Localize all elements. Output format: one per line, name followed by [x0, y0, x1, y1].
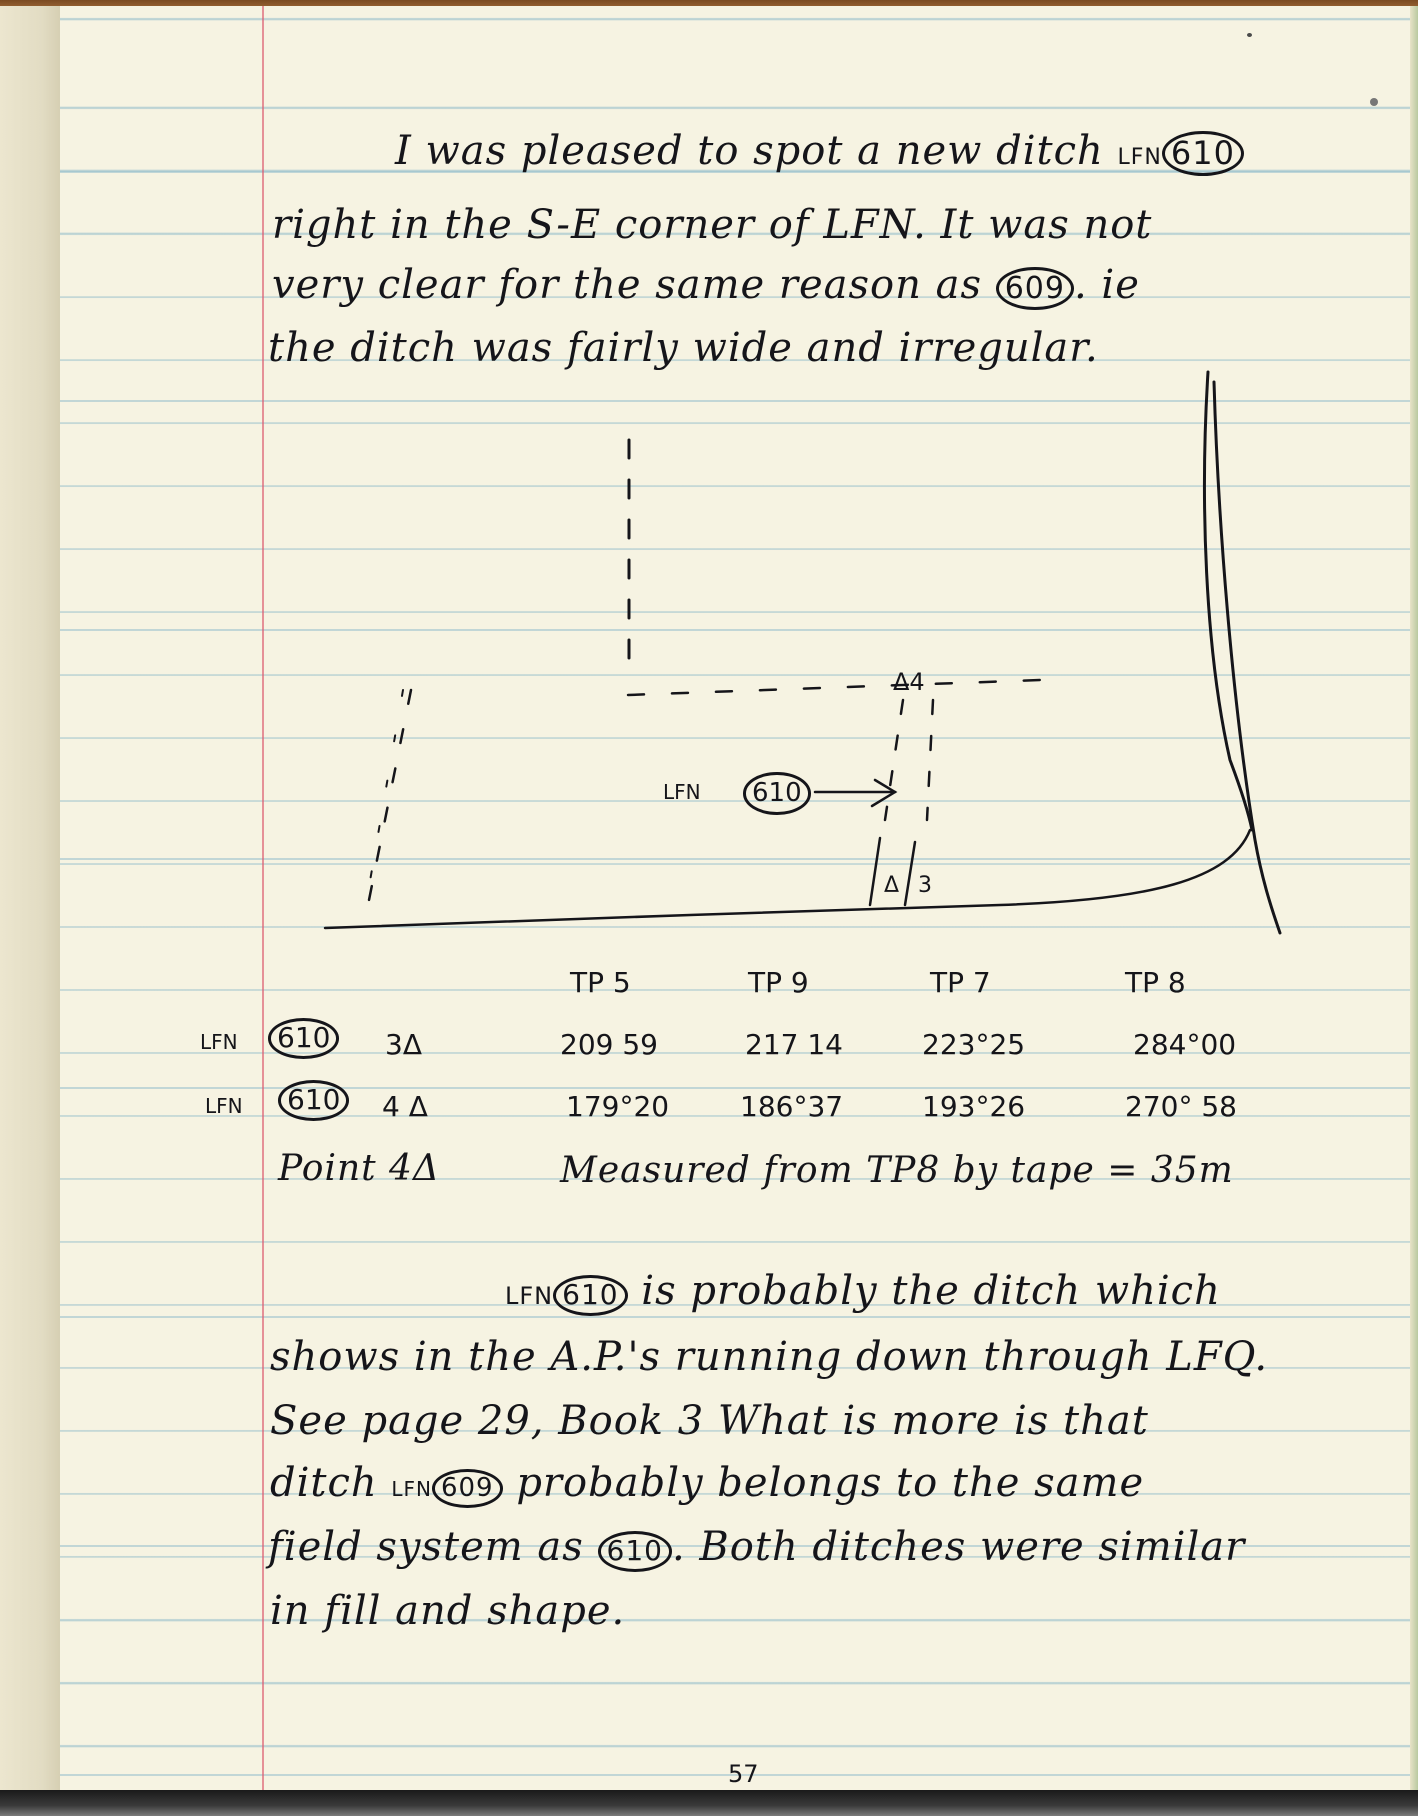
row-point-label: 3Δ	[385, 1028, 422, 1061]
cell-value: 193°26	[922, 1090, 1025, 1123]
row-site-code: LFN	[200, 1030, 238, 1054]
circled-feature-number: 610	[598, 1531, 672, 1572]
text: probably belongs to the same	[503, 1460, 1145, 1506]
text-line: shows in the A.P.'s running down through…	[270, 1334, 1268, 1380]
cell-value: 217 14	[745, 1028, 843, 1061]
column-header: TP 9	[748, 966, 809, 999]
circled-feature-number: 610	[278, 1080, 349, 1121]
text-line: in fill and shape.	[270, 1588, 625, 1634]
text-line: LFN610 is probably the ditch which	[505, 1268, 1221, 1316]
text: ditch	[270, 1460, 391, 1506]
text-line: See page 29, Book 3 What is more is that	[270, 1398, 1149, 1444]
cell-value: 179°20	[566, 1090, 669, 1123]
diagram-site-code: LFN	[663, 780, 701, 804]
circled-feature-number: 609	[432, 1469, 503, 1508]
measurement-note: Measured from TP8 by tape = 35m	[560, 1150, 1234, 1191]
cell-value: 209 59	[560, 1028, 658, 1061]
column-header: TP 5	[570, 966, 631, 999]
row-point-label: 4 Δ	[382, 1090, 428, 1123]
column-header: TP 8	[1125, 966, 1186, 999]
measurement-point-label: Point 4Δ	[278, 1148, 440, 1189]
site-code: LFN	[505, 1282, 553, 1310]
row-feature: 610	[278, 1080, 349, 1121]
row-site-code: LFN	[205, 1094, 243, 1118]
cell-value: 270° 58	[1125, 1090, 1237, 1123]
circled-feature-number: 610	[743, 772, 811, 815]
survey-point-4-marker: Δ4	[893, 668, 925, 696]
page-number: 57	[728, 1760, 759, 1788]
survey-point-3-label: 3	[918, 873, 932, 898]
text: field system as	[268, 1524, 598, 1570]
column-header: TP 7	[930, 966, 991, 999]
text: . Both ditches were similar	[672, 1524, 1245, 1570]
circled-feature-number: 610	[268, 1018, 339, 1059]
book-bottom-edge	[0, 1790, 1418, 1816]
cell-value: 284°00	[1133, 1028, 1236, 1061]
row-feature: 610	[268, 1018, 339, 1059]
cell-value: 223°25	[922, 1028, 1025, 1061]
site-code: LFN	[391, 1477, 432, 1501]
text-line: field system as 610. Both ditches were s…	[268, 1524, 1245, 1572]
text-line: ditch LFN609 probably belongs to the sam…	[270, 1460, 1144, 1508]
cell-value: 186°37	[740, 1090, 843, 1123]
text: is probably the ditch which	[628, 1268, 1221, 1314]
circled-feature-number: 610	[553, 1275, 627, 1316]
diagram-feature-label: 610	[743, 772, 811, 815]
survey-point-marker: Δ	[884, 873, 899, 898]
